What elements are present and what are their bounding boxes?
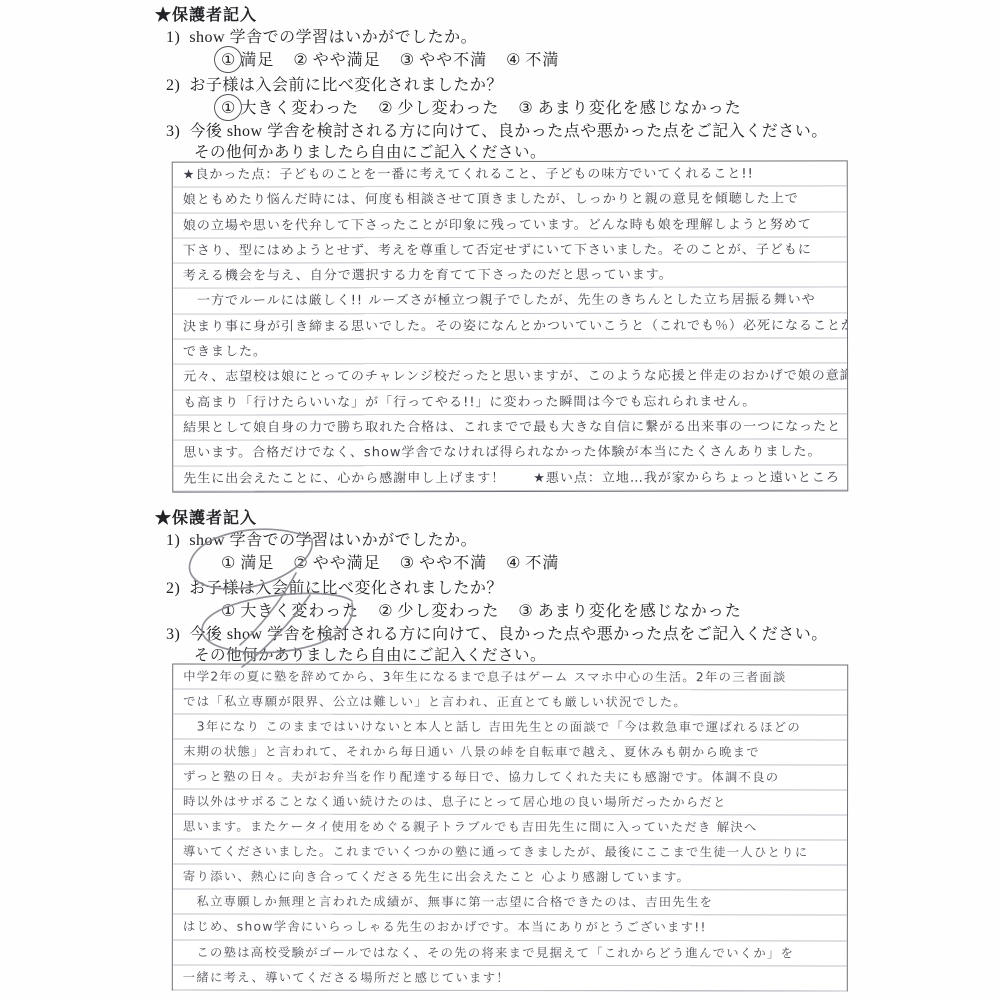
option-label: あまり変化を感じなかった bbox=[538, 603, 742, 620]
selected-option-mark: ① bbox=[221, 601, 235, 621]
handwriting-line: 寄り添い、熱心に向き合ってくださる先生に出会えたこと 心より感謝しています。 bbox=[173, 865, 847, 891]
handwriting-line: 娘の立場や思いを代弁して下さったことが印象に残っています。どんな時も娘を理解しよ… bbox=[173, 212, 847, 238]
option-2: ②少し変わった bbox=[378, 95, 499, 118]
question-1-options: ①満足②やや満足③やや不満④不満 bbox=[221, 47, 578, 70]
question-3-subtext: その他何かありましたら自由にご記入ください。 bbox=[194, 140, 546, 162]
option-label: やや満足 bbox=[313, 555, 381, 572]
option-label: やや満足 bbox=[313, 52, 381, 69]
question-3: 3) 今後 show 学舎を検討される方に向けて、良かった点や悪かった点をご記入… bbox=[166, 621, 828, 644]
option-1: ①満足 bbox=[221, 550, 274, 573]
option-2: ②やや満足 bbox=[293, 550, 380, 573]
option-label: 不満 bbox=[525, 52, 559, 69]
option-number: ④ bbox=[506, 553, 520, 573]
option-4: ④不満 bbox=[506, 550, 559, 573]
section-title: ★保護者記入 bbox=[155, 505, 257, 528]
section-title: ★保護者記入 bbox=[155, 2, 257, 25]
selected-option-mark: ① bbox=[221, 50, 235, 70]
handwriting-line: 元々、志望校は娘にとってのチャレンジ校だったと思いますが、このような応援と伴走の… bbox=[173, 364, 847, 390]
handwriting-line: 末期の状態」と言われて、それから毎日通い 八景の峠を自転車で越え、夏休みも朝から… bbox=[173, 740, 847, 766]
handwriting-line: 思います。合格だけでなく、show学舎でなければ得られなかった体験が本当にたくさ… bbox=[173, 440, 847, 466]
option-number: ③ bbox=[518, 98, 532, 118]
option-number: ② bbox=[378, 601, 392, 621]
option-1: ①大きく変わった bbox=[221, 598, 359, 621]
option-1: ①大きく変わった bbox=[221, 95, 359, 118]
option-1: ①満足 bbox=[221, 47, 274, 70]
option-3: ③やや不満 bbox=[400, 550, 487, 573]
option-label: やや不満 bbox=[419, 555, 487, 572]
option-number: ② bbox=[293, 50, 307, 70]
question-3-subtext: その他何かありましたら自由にご記入ください。 bbox=[194, 643, 546, 665]
question-2: 2) お子様は入会前に比べ変化されましたか？ bbox=[166, 72, 503, 95]
option-3: ③あまり変化を感じなかった bbox=[518, 598, 741, 621]
handwriting-line: 3年になり このままではいけないと本人と話し 吉田先生との面談で「今は救急車で運… bbox=[173, 715, 847, 741]
option-number: ③ bbox=[400, 553, 414, 573]
handwriting-line: ★良かった点：子どものことを一番に考えてくれること、子どもの味方でいてくれること… bbox=[173, 161, 847, 187]
scanned-survey-page: ★保護者記入 1) show 学舎での学習はいかがでしたか。 ①満足②やや満足③… bbox=[0, 0, 1000, 1000]
handwriting-line: 決まり事に身が引き締まる思いでした。その姿になんとかついていこうと（これでも％）… bbox=[173, 313, 847, 339]
option-label: 大きく変わった bbox=[240, 603, 359, 620]
handwriting-line: 結果として娘自身の力で勝ち取れた合格は、これまでで最も大きな自信に繋がる出来事の… bbox=[173, 414, 847, 440]
option-number: ④ bbox=[506, 50, 520, 70]
handwriting-line: 時以外はサボることなく通い続けたのは、息子にとって居心地の良い場所だったからだと bbox=[173, 790, 847, 816]
handwriting-line: 先生に出会えたことに、心から感謝申し上げます！ ★悪い点：立地…我が家からちょっ… bbox=[173, 465, 847, 491]
option-3: ③やや不満 bbox=[400, 47, 487, 70]
option-label: あまり変化を感じなかった bbox=[538, 100, 742, 117]
question-1: 1) show 学舎での学習はいかがでしたか。 bbox=[166, 527, 477, 550]
handwriting-line: 私立専願しか無理と言われた成績が、無事に第一志望に合格できたのは、吉田先生を bbox=[173, 890, 847, 916]
option-number: ③ bbox=[400, 50, 414, 70]
handwriting-line: 娘ともめたり悩んだ時には、何度も相談させて頂きましたが、しっかりと親の意見を傾聴… bbox=[173, 187, 847, 213]
handwriting-line: 考える機会を与え、自分で選択する力を育てて下さったのだと思っています。 bbox=[173, 263, 847, 289]
selected-option-mark: ① bbox=[221, 553, 235, 573]
question-1-options: ①満足②やや満足③やや不満④不満 bbox=[221, 550, 578, 573]
question-2-options: ①大きく変わった②少し変わった③あまり変化を感じなかった bbox=[221, 598, 761, 621]
option-2: ②少し変わった bbox=[378, 598, 499, 621]
question-3: 3) 今後 show 学舎を検討される方に向けて、良かった点や悪かった点をご記入… bbox=[166, 118, 828, 141]
handwriting-line: も高まり「行けたらいいな」が「行ってやる!!」に変わった瞬間は今でも忘れられませ… bbox=[173, 389, 847, 415]
handwriting-response-box: ★良かった点：子どものことを一番に考えてくれること、子どもの味方でいてくれること… bbox=[172, 160, 849, 492]
handwriting-line: 一方でルールには厳しく!! ルーズさが極立つ親子でしたが、先生のきちんとした立ち… bbox=[173, 288, 847, 314]
handwriting-line: できました。 bbox=[173, 338, 847, 364]
option-4: ④不満 bbox=[506, 47, 559, 70]
handwriting-line: 下さり、型にはめようとせず、考えを尊重して否定せずにいて下さいました。そのことが… bbox=[173, 237, 847, 263]
option-label: 少し変わった bbox=[398, 100, 500, 117]
option-2: ②やや満足 bbox=[293, 47, 380, 70]
handwriting-line: 導いてくださいました。これまでいくつかの塾に通ってきましたが、最後にここまで生徒… bbox=[173, 840, 847, 866]
parent-survey-section-1: ★保護者記入 1) show 学舎での学習はいかがでしたか。 ①満足②やや満足③… bbox=[0, 0, 1000, 500]
option-label: 満足 bbox=[240, 52, 274, 69]
parent-survey-section-2: ★保護者記入 1) show 学舎での学習はいかがでしたか。 ①満足②やや満足③… bbox=[0, 503, 1000, 1000]
question-2-options: ①大きく変わった②少し変わった③あまり変化を感じなかった bbox=[221, 95, 761, 118]
handwriting-line: では「私立専願が限界、公立は難しい」と言われ、正直とても厳しい状況でした。 bbox=[173, 690, 847, 716]
option-label: 大きく変わった bbox=[240, 100, 359, 117]
option-number: ② bbox=[293, 553, 307, 573]
question-1: 1) show 学舎での学習はいかがでしたか。 bbox=[166, 24, 477, 47]
handwriting-response-box: 中学2年の夏に塾を辞めてから、3年生になるまで息子はゲーム スマホ中心の生活。2… bbox=[172, 664, 848, 992]
option-label: 不満 bbox=[525, 555, 559, 572]
option-label: やや不満 bbox=[419, 52, 487, 69]
question-2: 2) お子様は入会前に比べ変化されましたか？ bbox=[166, 575, 503, 598]
option-label: 少し変わった bbox=[398, 603, 500, 620]
handwriting-line: ずっと塾の日々。夫がお弁当を作り配達する毎日で、協力してくれた夫にも感謝です。体… bbox=[173, 765, 847, 791]
handwriting-line: はじめ、show学舎にいらっしゃる先生のおかげです。本当にありがとうございます!… bbox=[173, 915, 847, 941]
selected-option-mark: ① bbox=[221, 98, 235, 118]
handwriting-line: 一緒に考え、導いてくださる場所だと感じています！ bbox=[173, 965, 847, 991]
option-number: ② bbox=[378, 98, 392, 118]
option-number: ③ bbox=[518, 601, 532, 621]
handwriting-line: 思います。またケータイ使用をめぐる親子トラブルでも吉田先生に間に入っていただき … bbox=[173, 815, 847, 841]
option-label: 満足 bbox=[240, 555, 274, 572]
handwriting-line: この塾は高校受験がゴールではなく、その先の将来まで見据えて「これからどう進んでい… bbox=[173, 940, 847, 966]
option-3: ③あまり変化を感じなかった bbox=[518, 95, 741, 118]
handwriting-line: 中学2年の夏に塾を辞めてから、3年生になるまで息子はゲーム スマホ中心の生活。2… bbox=[173, 665, 847, 691]
